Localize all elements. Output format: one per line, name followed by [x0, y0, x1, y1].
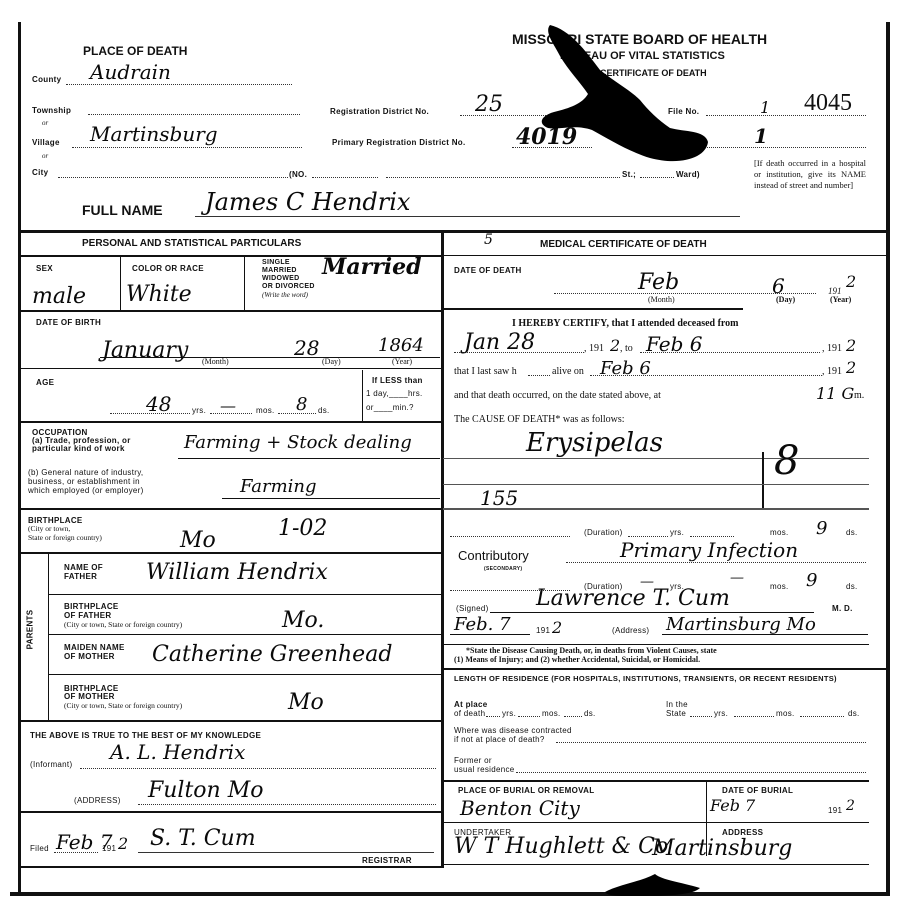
- duration-mos-label-1: mos.: [770, 528, 789, 537]
- death-time-value: 11 G: [816, 384, 854, 403]
- mother-name-value: Catherine Greenhead: [152, 642, 392, 667]
- or-label-2: or: [42, 152, 48, 160]
- burial-year: 2: [846, 798, 855, 814]
- birthplace-sub-1: (City or town,: [28, 524, 70, 533]
- mother-birthplace-value: Mo: [288, 690, 324, 715]
- signed-address-label: (Address): [612, 626, 649, 635]
- contributory-value: Primary Infection: [620, 538, 798, 562]
- former-label-2: usual residence: [454, 765, 515, 774]
- at-place-yrs: yrs.: [502, 709, 516, 718]
- ink-blot: [530, 20, 730, 170]
- occupation-b-label-1: (b) General nature of industry,: [28, 468, 143, 477]
- cause-mark: 8: [774, 438, 799, 484]
- father-birthplace-label-3: (City or town, State or foreign country): [64, 620, 182, 629]
- at-place-mos: mos.: [542, 709, 561, 718]
- dob-day: 28: [294, 336, 319, 360]
- contributory-label: Contributory: [458, 548, 529, 563]
- mother-name-label-2: OF MOTHER: [64, 652, 115, 661]
- footnote-1: *State the Disease Causing Death, or, in…: [466, 646, 717, 655]
- sex-value: male: [32, 284, 86, 309]
- undertaker-address-value: Martinsburg: [652, 836, 792, 861]
- age-months: —: [220, 396, 236, 415]
- marital-label-write: (Write the word): [262, 291, 308, 299]
- last-saw-value: Feb 6: [600, 358, 651, 379]
- hospital-note: [If death occurred in a hospital or inst…: [754, 158, 866, 191]
- last-saw-year: 2: [846, 358, 856, 377]
- informant-label: (Informant): [30, 760, 72, 769]
- column-divider: [441, 232, 444, 868]
- dob-year-label: (Year): [392, 357, 412, 366]
- dob-year: 1864: [378, 335, 424, 356]
- no-label: (NO.: [289, 170, 307, 179]
- at-place-label-2: of death: [454, 709, 485, 718]
- cause-value: Erysipelas: [526, 428, 663, 458]
- contracted-label-1: Where was disease contracted: [454, 726, 572, 735]
- age-label: AGE: [36, 378, 54, 387]
- informant-address-label: (ADDRESS): [74, 796, 121, 805]
- occupation-a-label-2: particular kind of work: [32, 444, 125, 453]
- signed-label: (Signed): [456, 604, 489, 613]
- signed-value: Lawrence T. Cum: [536, 586, 730, 611]
- dob-month-label: (Month): [202, 357, 229, 366]
- village-label: Village: [32, 138, 60, 147]
- occupation-b-label-2: business, or establishment in: [28, 477, 140, 486]
- contracted-label-2: if not at place of death?: [454, 735, 545, 744]
- father-birthplace-label-1: BIRTHPLACE: [64, 602, 119, 611]
- occupation-b-value: Farming: [240, 476, 317, 497]
- dod-year: 2: [846, 272, 856, 291]
- race-value: White: [126, 282, 192, 307]
- mother-birthplace-label-2: OF MOTHER: [64, 692, 115, 701]
- city-label: City: [32, 168, 48, 177]
- in-state-mos: mos.: [776, 709, 795, 718]
- md-label: M. D.: [832, 604, 853, 613]
- filed-label: Filed: [30, 844, 49, 853]
- file-no-value: 4045: [804, 90, 852, 117]
- in-state-ds: ds.: [848, 709, 860, 718]
- registration-district-label: Registration District No.: [330, 107, 429, 116]
- st-label: St.;: [622, 170, 636, 179]
- at-place-ds: ds.: [584, 709, 596, 718]
- certify-text: I HEREBY CERTIFY, that I attended deceas…: [512, 318, 739, 329]
- duration-days-2: 9: [806, 570, 817, 591]
- county-value: Audrain: [90, 60, 171, 84]
- age-ds-label: ds.: [318, 406, 330, 415]
- burial-place-label: PLACE OF BURIAL OR REMOVAL: [458, 786, 594, 795]
- file-no-prefix: 1: [760, 98, 770, 117]
- mother-birthplace-label-3: (City or town, State or foreign country): [64, 701, 182, 710]
- duration-days-1: 9: [816, 518, 827, 539]
- death-time-text: and that death occurred, on the date sta…: [454, 390, 661, 401]
- mother-name-label-1: MAIDEN NAME: [64, 643, 125, 652]
- county-label: County: [32, 75, 61, 84]
- last-saw-year-prefix: , 191: [822, 366, 842, 377]
- attended-to-year-prefix: , 191: [822, 343, 842, 354]
- last-saw-label: that I last saw h: [454, 366, 517, 377]
- at-place-label-1: At place: [454, 700, 488, 709]
- race-label: COLOR OR RACE: [132, 264, 204, 273]
- attended-from-year-prefix: , 191: [584, 343, 604, 354]
- informant-address-value: Fulton Mo: [148, 778, 264, 803]
- or-label-1: or: [42, 119, 48, 127]
- dod-label: DATE OF DEATH: [454, 266, 522, 275]
- parents-label: PARENTS: [25, 610, 34, 650]
- filed-year-prefix: 191: [102, 844, 116, 853]
- burial-date-label: DATE OF BURIAL: [722, 786, 793, 795]
- primary-registration-label: Primary Registration District No.: [332, 138, 466, 147]
- signed-address-value: Martinsburg Mo: [666, 614, 816, 635]
- dod-year-label: (Year): [830, 295, 851, 304]
- death-time-suffix: m.: [854, 390, 864, 401]
- dod-day-label: (Day): [776, 295, 795, 304]
- village-value: Martinsburg: [90, 122, 218, 146]
- registration-district-value: 25: [475, 92, 503, 117]
- if-less-label: If LESS than: [372, 376, 423, 385]
- father-birthplace-label-2: OF FATHER: [64, 611, 111, 620]
- burial-date-value: Feb 7: [710, 796, 755, 815]
- marital-label-married: MARRIED: [262, 267, 297, 274]
- signed-year: 2: [552, 618, 562, 637]
- marital-label-single: SINGLE: [262, 259, 290, 266]
- occupation-a-value: Farming + Stock dealing: [184, 432, 412, 453]
- cause-label: The CAUSE OF DEATH* was as follows:: [454, 414, 625, 425]
- bottom-border: [10, 892, 890, 896]
- father-birthplace-value: Mo.: [282, 608, 324, 633]
- duration-mos-2: —: [730, 570, 744, 586]
- attended-to-year: 2: [846, 336, 856, 355]
- age-days: 8: [296, 394, 307, 415]
- birthplace-value: Mo: [180, 528, 216, 553]
- signed-date: Feb. 7: [454, 614, 511, 635]
- duration-mos-label-2: mos.: [770, 582, 789, 591]
- to-label: , to: [620, 343, 633, 354]
- age-yrs-label: yrs.: [192, 406, 206, 415]
- birthplace-sub-2: State or foreign country): [28, 533, 102, 542]
- registered-no-value: 1: [754, 124, 768, 148]
- full-name-value: James C Hendrix: [205, 188, 410, 216]
- personal-title: PERSONAL AND STATISTICAL PARTICULARS: [82, 238, 301, 249]
- footnote-2: (1) Means of Injury; and (2) whether Acc…: [454, 655, 700, 664]
- dob-month: January: [102, 338, 188, 363]
- birthplace-code: 1-02: [278, 516, 327, 541]
- in-state-label-1: In the: [666, 700, 688, 709]
- marital-label-widowed: WIDOWED: [262, 275, 299, 282]
- full-name-label: FULL NAME: [82, 202, 163, 218]
- last-saw-mid: alive on: [552, 366, 584, 377]
- father-name-label-1: NAME OF: [64, 563, 103, 572]
- undertaker-value: W T Hughlett & Co: [454, 834, 668, 859]
- dob-day-label: (Day): [322, 357, 341, 366]
- father-name-value: William Hendrix: [146, 560, 328, 585]
- in-state-label-2: State: [666, 709, 686, 718]
- duration-ds-label-2: ds.: [846, 582, 858, 591]
- medical-title: MEDICAL CERTIFICATE OF DEATH: [540, 239, 707, 250]
- occupation-b-label-3: which employed (or employer): [28, 486, 144, 495]
- burial-year-prefix: 191: [828, 806, 842, 815]
- left-border: [18, 22, 21, 892]
- registrar-value: S. T. Cum: [150, 826, 256, 851]
- secondary-label: (SECONDARY): [484, 566, 522, 572]
- age-years: 48: [146, 392, 171, 416]
- filed-year: 2: [118, 834, 128, 853]
- duration-yrs-label-1: yrs.: [670, 528, 684, 537]
- sex-label: SEX: [36, 264, 53, 273]
- in-state-yrs: yrs.: [714, 709, 728, 718]
- attended-to: Feb 6: [646, 332, 703, 356]
- cause-code: 155: [480, 486, 518, 510]
- corner-mark: 5: [484, 232, 493, 248]
- if-less-min: or____min.?: [366, 403, 414, 412]
- father-name-label-2: FATHER: [64, 572, 97, 581]
- former-label-1: Former or: [454, 756, 492, 765]
- marital-label-divorced: OR DIVORCED: [262, 283, 315, 290]
- attended-from: Jan 28: [464, 330, 535, 355]
- residence-title: LENGTH OF RESIDENCE (FOR HOSPITALS, INST…: [454, 674, 864, 683]
- marital-value: Married: [322, 254, 422, 280]
- ink-blot-bottom: [600, 872, 710, 898]
- dod-month-label: (Month): [648, 295, 675, 304]
- knowledge-label: THE ABOVE IS TRUE TO THE BEST OF MY KNOW…: [30, 731, 261, 740]
- township-label: Township: [32, 106, 71, 115]
- right-border: [886, 22, 890, 892]
- place-of-death-title: PLACE OF DEATH: [83, 44, 187, 58]
- ward-label: Ward): [676, 170, 700, 179]
- dob-label: DATE OF BIRTH: [36, 318, 101, 327]
- if-less-hrs: 1 day,____hrs.: [366, 389, 423, 398]
- registrar-label: REGISTRAR: [362, 856, 412, 865]
- duration-ds-label-1: ds.: [846, 528, 858, 537]
- age-mos-label: mos.: [256, 406, 275, 415]
- burial-place-value: Benton City: [460, 796, 580, 820]
- informant-value: A. L. Hendrix: [110, 740, 245, 764]
- header-divider: [20, 230, 888, 233]
- dod-month: Feb: [638, 270, 679, 295]
- attended-from-year: 2: [610, 336, 620, 355]
- signed-year-prefix: 191: [536, 626, 550, 635]
- duration-label-1: (Duration): [584, 528, 623, 537]
